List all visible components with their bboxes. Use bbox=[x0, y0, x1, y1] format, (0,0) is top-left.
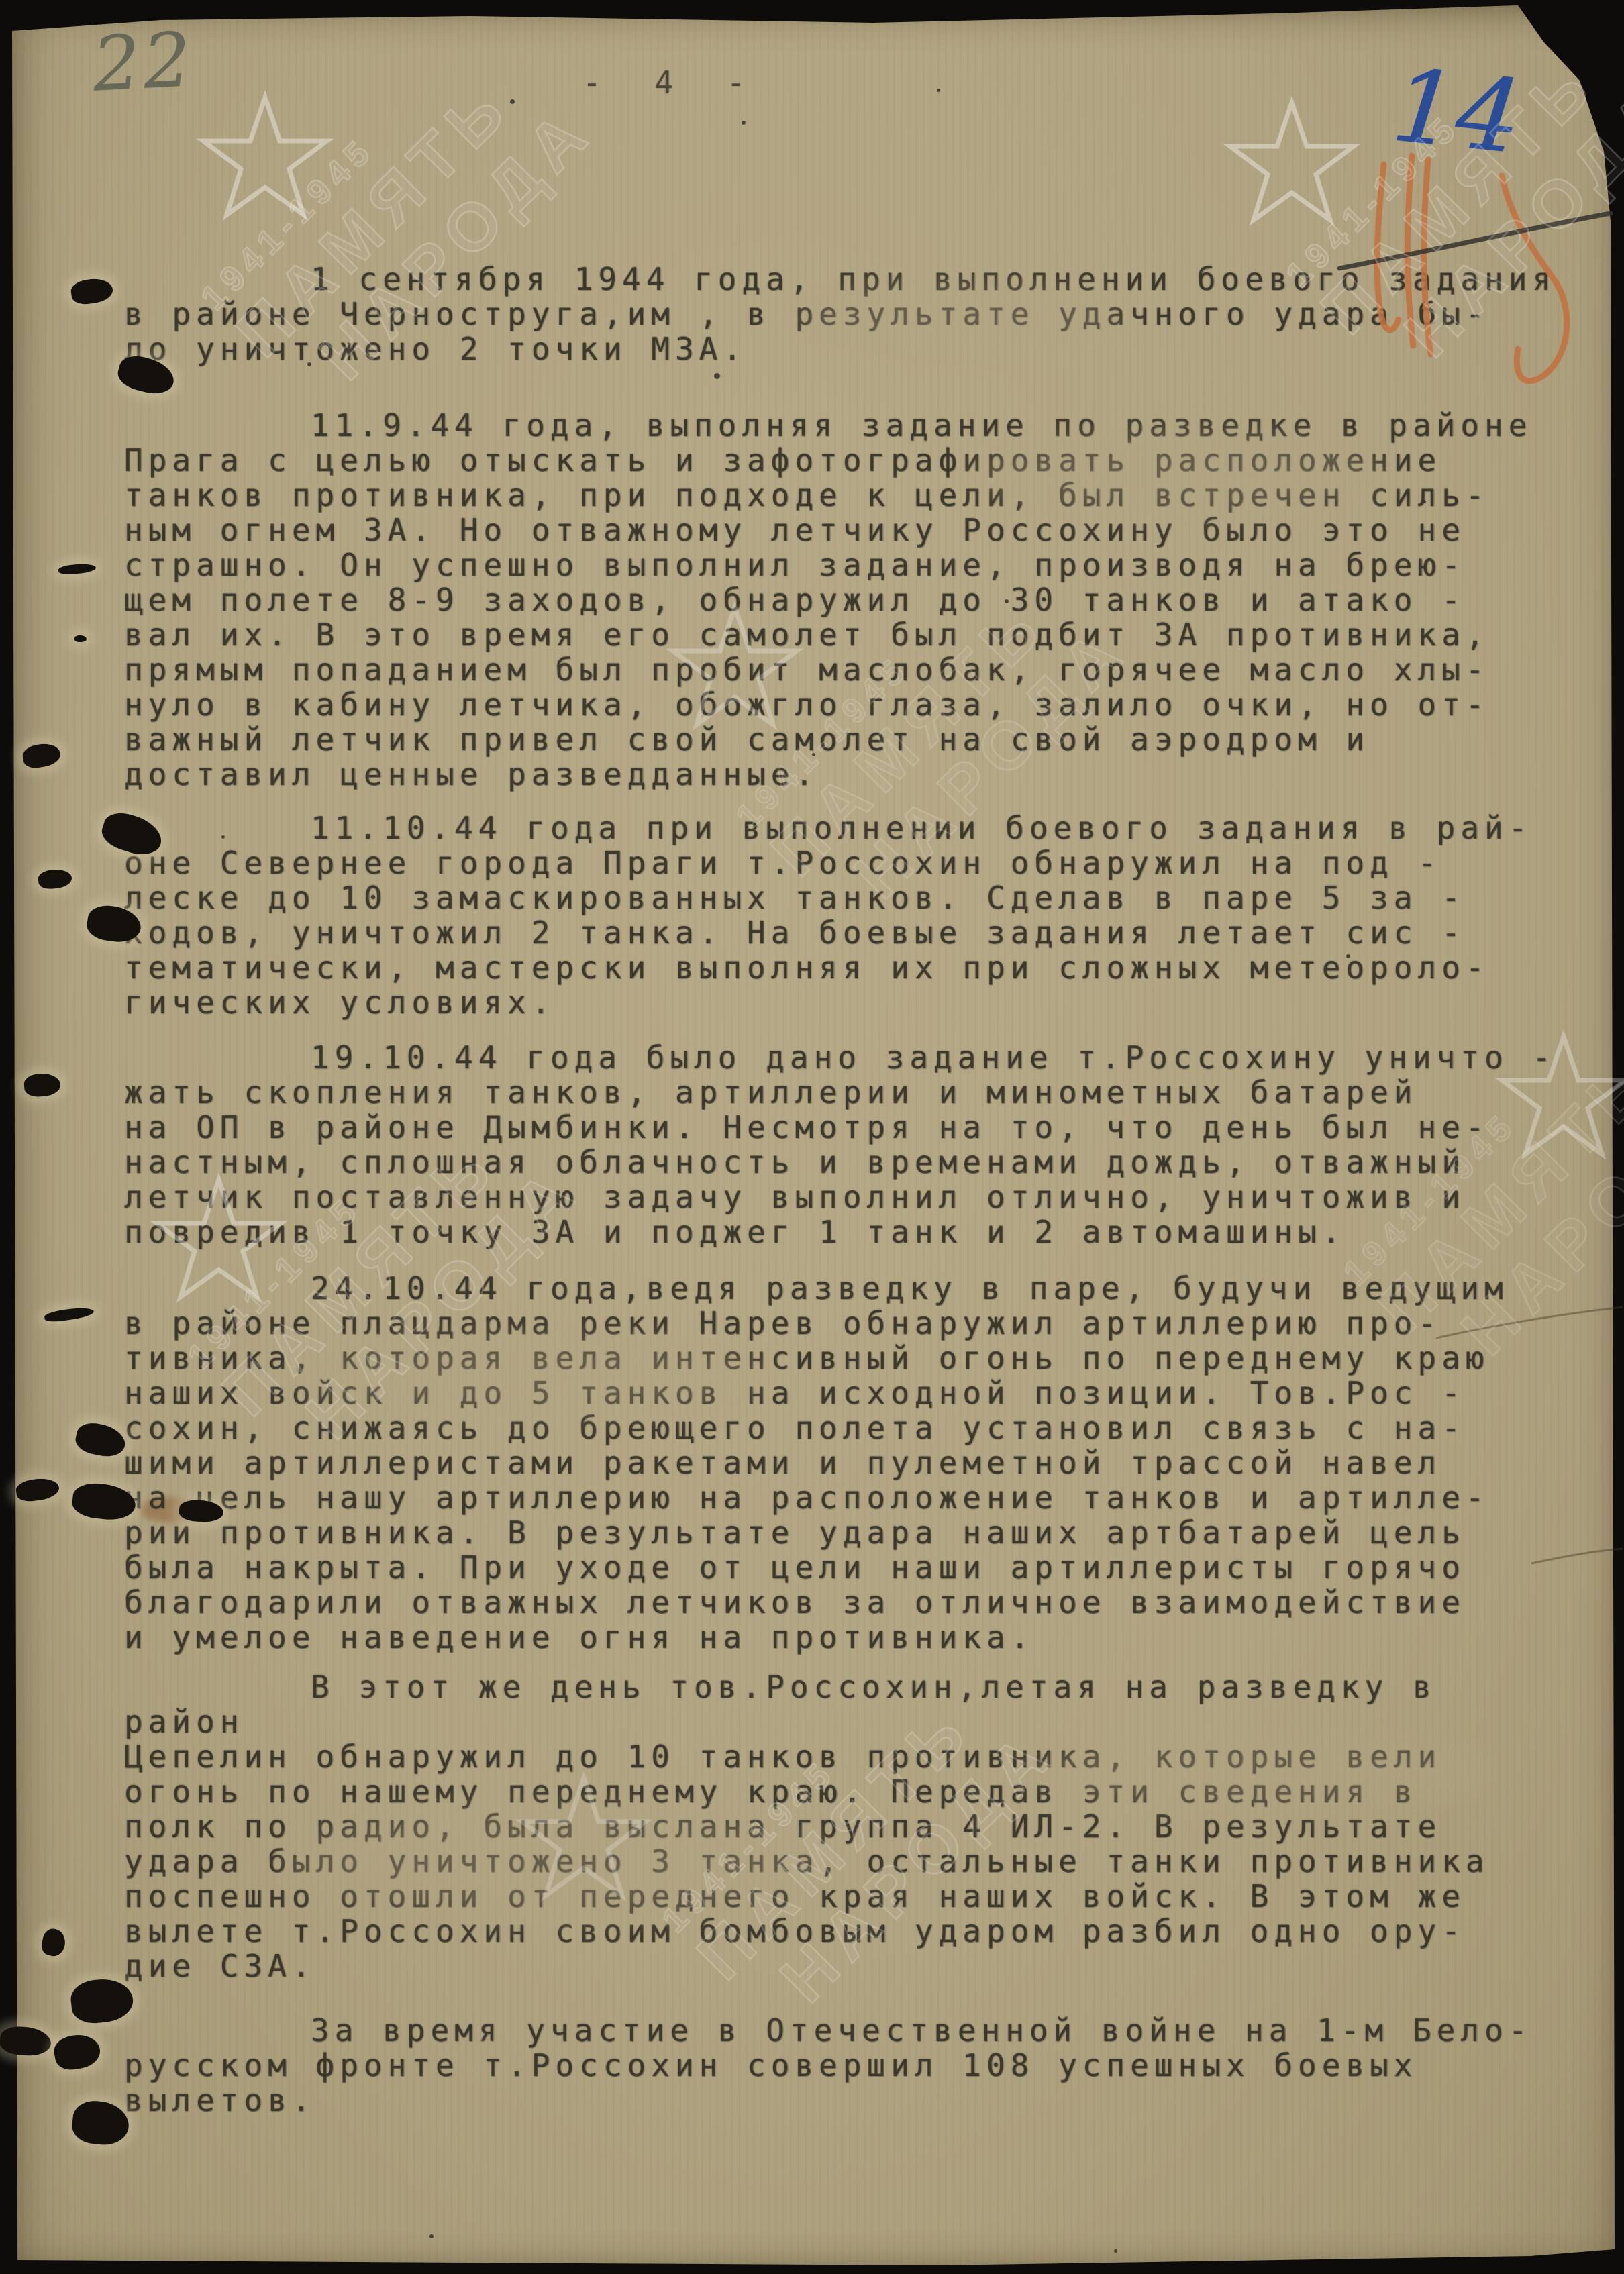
scanned-document: 22 - 4 - 14 1 сентября 1944 года, при вы… bbox=[0, 0, 1624, 2274]
orange-crayon-scribble bbox=[1424, 160, 1431, 354]
orange-crayon-scribble bbox=[1377, 164, 1399, 330]
orange-crayon-scribble bbox=[1502, 176, 1567, 381]
paper-crease bbox=[1531, 1549, 1623, 1563]
orange-crayon-scribble bbox=[1408, 156, 1414, 346]
handwriting-marks-layer bbox=[0, 0, 1624, 2274]
paper-crease bbox=[1436, 1307, 1623, 1338]
